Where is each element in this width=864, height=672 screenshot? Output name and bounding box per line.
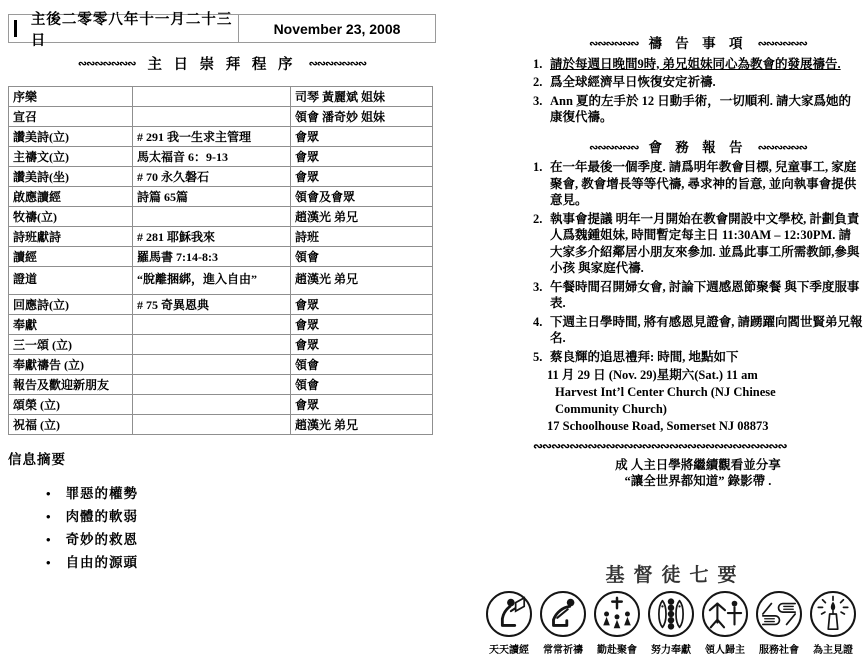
program-leader-cell: 詩班 [291, 227, 433, 247]
program-item-cell: 讚美詩(立) [9, 127, 133, 147]
seven-essential-label: 努力奉獻 [651, 641, 691, 656]
program-leader-cell: 會眾 [291, 127, 433, 147]
program-detail-cell: 詩篇 65篇 [133, 187, 291, 207]
reading-bible-icon [486, 591, 532, 637]
report-item-text: 蔡良輝的追思禮拜: 時間, 地點如下 [550, 349, 863, 366]
program-leader-cell: 領會 [291, 247, 433, 267]
item-number: 5. [533, 349, 550, 366]
ornament-left: ∾∾∾∾∾∾ [589, 140, 638, 157]
report-item: 1. 在一年最後一個季度. 請爲明年教會目標, 兒童事工, 家庭聚會, 教會增長… [533, 159, 863, 209]
prayer-item: 2. 爲全球經濟早日恢復安定祈禱. [533, 74, 863, 91]
affairs-section-header: ∾∾∾∾∾∾ 會 務 報 告 ∾∾∾∾∾∾ [533, 140, 863, 157]
memorial-address-line: 17 Schoolhouse Road, Somerset NJ 08873 [547, 418, 863, 435]
lead-to-christ-icon [702, 591, 748, 637]
report-item-text: 下週主日學時間, 將有感恩見證會, 請踴躍向閻世賢弟兄報名. [550, 314, 863, 347]
summary-heading: 信息摘要 [8, 448, 436, 468]
seven-essential-item: 常常祈禱 [536, 591, 590, 656]
meeting-cross-icon [594, 591, 640, 637]
report-item-text: 執事會提議 明年一月開始在教會開設中文學校, 計劃負責人爲魏鍾姐妹, 時間暫定每… [550, 211, 863, 277]
program-leader-cell: 會眾 [291, 315, 433, 335]
program-row: 主禱文(立)馬太福音 6：9-13會眾 [9, 147, 433, 167]
program-leader-cell: 領會 潘奇妙 姐妹 [291, 107, 433, 127]
seven-essential-label: 常常祈禱 [543, 641, 583, 656]
program-row: 奉獻會眾 [9, 315, 433, 335]
border-mark [14, 20, 17, 37]
prayer-item: 1. 請於每週日晚間9時, 弟兄姐妹同心為教會的發展禱告. [533, 56, 863, 73]
program-detail-cell: 羅馬書 7:14-8:3 [133, 247, 291, 267]
program-detail-cell [133, 335, 291, 355]
program-leader-cell: 領會及會眾 [291, 187, 433, 207]
program-leader-cell: 領會 [291, 375, 433, 395]
left-column: 主後二零零八年十一月二十三日 November 23, 2008 ∾∾∾∾∾∾∾… [8, 14, 436, 574]
chinese-date: 主後二零零八年十一月二十三日 [31, 8, 238, 50]
item-number: 1. [533, 159, 550, 209]
item-number: 4. [533, 314, 550, 347]
program-detail-cell [133, 207, 291, 227]
seven-essentials-icons-row: 天天讀經 常常祈禱 [478, 591, 864, 656]
program-detail-cell [133, 375, 291, 395]
program-item-cell: 報告及歡迎新朋友 [9, 375, 133, 395]
program-row: 頌榮 (立)會眾 [9, 395, 433, 415]
report-item: 5. 蔡良輝的追思禮拜: 時間, 地點如下 [533, 349, 863, 366]
program-item-cell: 宣召 [9, 107, 133, 127]
seven-essential-label: 領人歸主 [705, 641, 745, 656]
ornament-right: ∾∾∾∾∾∾ [758, 36, 807, 53]
ornament-left: ∾∾∾∾∾∾∾ [78, 58, 136, 70]
program-leader-cell: 司琴 黃麗斌 姐妹 [291, 87, 433, 107]
program-detail-cell [133, 315, 291, 335]
seven-essential-item: 為主見證 [806, 591, 860, 656]
program-row: 報告及歡迎新朋友領會 [9, 375, 433, 395]
program-leader-cell: 會眾 [291, 167, 433, 187]
seven-essential-item: 服務社會 [752, 591, 806, 656]
ornament-divider: ∾∾∾∾∾∾∾∾∾∾∾∾∾∾∾∾∾∾∾∾∾∾∾∾∾∾∾∾ [533, 438, 863, 455]
prayer-item-text: Ann 夏的左手於 12 日動手術，一切順利. 請大家爲她的康復代禱。 [550, 93, 863, 126]
program-row: 證道“脫離捆綁，進入自由”趙漢光 弟兄 [9, 267, 433, 295]
program-title: 主 日 崇 拜 程 序 [147, 57, 296, 73]
program-row: 牧禱(立)趙漢光 弟兄 [9, 207, 433, 227]
prayer-item-text: 爲全球經濟早日恢復安定祈禱. [550, 74, 863, 91]
item-number: 3. [533, 93, 550, 126]
item-number: 3. [533, 279, 550, 312]
memorial-date-line: 11 月 29 日 (Nov. 29)星期六(Sat.) 11 am [547, 367, 863, 384]
prayer-section-header: ∾∾∾∾∾∾ 禱 告 事 項 ∾∾∾∾∾∾ [533, 36, 863, 53]
prayer-item: 3. Ann 夏的左手於 12 日動手術，一切順利. 請大家爲她的康復代禱。 [533, 93, 863, 126]
summary-bullet: 奇妙的救恩 [46, 528, 436, 551]
program-row: 奉獻禱告 (立)領會 [9, 355, 433, 375]
seven-essential-label: 天天讀經 [489, 641, 529, 656]
seven-essentials-title: 基督徒七要 [478, 560, 864, 587]
program-item-cell: 序樂 [9, 87, 133, 107]
summary-bullet: 自由的源頭 [46, 551, 436, 574]
item-number: 2. [533, 211, 550, 277]
program-detail-cell: “脫離捆綁，進入自由” [133, 267, 291, 295]
program-detail-cell [133, 355, 291, 375]
report-item: 4. 下週主日學時間, 將有感恩見證會, 請踴躍向閻世賢弟兄報名. [533, 314, 863, 347]
program-row: 回應詩(立)# 75 奇異恩典會眾 [9, 295, 433, 315]
program-row: 詩班獻詩# 281 耶穌我來詩班 [9, 227, 433, 247]
message-summary: 信息摘要 罪惡的權勢 肉體的軟弱 奇妙的救恩 自由的源頭 [8, 448, 436, 574]
church-bulletin-page: 主後二零零八年十一月二十三日 November 23, 2008 ∾∾∾∾∾∾∾… [0, 0, 864, 672]
program-leader-cell: 會眾 [291, 295, 433, 315]
program-detail-cell [133, 415, 291, 435]
program-detail-cell: # 291 我一生求主管理 [133, 127, 291, 147]
program-item-cell: 啟應讀經 [9, 187, 133, 207]
program-row: 讚美詩(立)# 291 我一生求主管理會眾 [9, 127, 433, 147]
candle-witness-icon [810, 591, 856, 637]
ornament-right: ∾∾∾∾∾∾∾ [309, 58, 367, 70]
program-item-cell: 頌榮 (立) [9, 395, 133, 415]
seven-essentials-block: 基督徒七要 天天讀經 [478, 560, 864, 656]
program-leader-cell: 趙漢光 弟兄 [291, 267, 433, 295]
program-row: 祝福 (立)趙漢光 弟兄 [9, 415, 433, 435]
program-title-line: ∾∾∾∾∾∾∾ 主 日 崇 拜 程 序 ∾∾∾∾∾∾∾ [8, 53, 436, 74]
seven-essential-label: 為主見證 [813, 641, 853, 656]
memorial-church-line: Harvest Int’l Center Church (NJ Chinese [547, 384, 863, 401]
program-detail-cell: # 75 奇異恩典 [133, 295, 291, 315]
program-leader-cell: 領會 [291, 355, 433, 375]
program-item-cell: 主禱文(立) [9, 147, 133, 167]
program-leader-cell: 趙漢光 弟兄 [291, 415, 433, 435]
program-item-cell: 祝福 (立) [9, 415, 133, 435]
program-item-cell: 奉獻禱告 (立) [9, 355, 133, 375]
praying-icon [540, 591, 586, 637]
item-number: 2. [533, 74, 550, 91]
seven-essential-item: 領人歸主 [698, 591, 752, 656]
program-item-cell: 詩班獻詩 [9, 227, 133, 247]
program-detail-cell: 馬太福音 6：9-13 [133, 147, 291, 167]
seven-essential-item: 努力奉獻 [644, 591, 698, 656]
program-row: 讚美詩(坐)# 70 永久磐石會眾 [9, 167, 433, 187]
seven-essential-label: 服務社會 [759, 641, 799, 656]
program-row: 序樂司琴 黃麗斌 姐妹 [9, 87, 433, 107]
program-item-cell: 讀經 [9, 247, 133, 267]
program-row: 宣召領會 潘奇妙 姐妹 [9, 107, 433, 127]
program-item-cell: 讚美詩(坐) [9, 167, 133, 187]
program-item-cell: 牧禱(立) [9, 207, 133, 227]
program-detail-cell: # 70 永久磐石 [133, 167, 291, 187]
summary-bullet: 肉體的軟弱 [46, 505, 436, 528]
program-item-cell: 證道 [9, 267, 133, 295]
program-item-cell: 回應詩(立) [9, 295, 133, 315]
prayer-item-text: 請於每週日晚間9時, 弟兄姐妹同心為教會的發展禱告. [550, 56, 863, 73]
ornament-left: ∾∾∾∾∾∾ [589, 36, 638, 53]
worship-program-table: 序樂司琴 黃麗斌 姐妹 宣召領會 潘奇妙 姐妹 讚美詩(立)# 291 我一生求… [8, 86, 433, 435]
program-leader-cell: 會眾 [291, 395, 433, 415]
seven-essential-item: 天天讀經 [482, 591, 536, 656]
english-date: November 23, 2008 [239, 21, 435, 37]
report-item: 2. 執事會提議 明年一月開始在教會開設中文學校, 計劃負責人爲魏鍾姐妹, 時間… [533, 211, 863, 277]
seven-essential-label: 勤赴聚會 [597, 641, 637, 656]
program-detail-cell [133, 87, 291, 107]
program-detail-cell: # 281 耶穌我來 [133, 227, 291, 247]
program-row: 啟應讀經詩篇 65篇領會及會眾 [9, 187, 433, 207]
memorial-church-line2: Community Church) [547, 401, 863, 418]
program-row: 三一頌 (立)會眾 [9, 335, 433, 355]
prayer-section-title: 禱 告 事 項 [648, 36, 747, 53]
program-item-cell: 三一頌 (立) [9, 335, 133, 355]
program-leader-cell: 趙漢光 弟兄 [291, 207, 433, 227]
program-item-cell: 奉獻 [9, 315, 133, 335]
report-item-text: 午餐時間召開婦女會, 討論下週感恩節聚餐 與下季度服事表. [550, 279, 863, 312]
program-leader-cell: 會眾 [291, 335, 433, 355]
program-row: 讀經羅馬書 7:14-8:3領會 [9, 247, 433, 267]
offering-fish-coins-icon [648, 591, 694, 637]
summary-bullet: 罪惡的權勢 [46, 482, 436, 505]
summary-list: 罪惡的權勢 肉體的軟弱 奇妙的救恩 自由的源頭 [46, 482, 436, 574]
item-number: 1. [533, 56, 550, 73]
serving-hands-icon [756, 591, 802, 637]
adult-sunday-school-note: 成 人主日學將繼續觀看並分享 [533, 457, 863, 474]
affairs-section-title: 會 務 報 告 [648, 140, 747, 157]
program-leader-cell: 會眾 [291, 147, 433, 167]
ornament-right: ∾∾∾∾∾∾ [758, 140, 807, 157]
program-detail-cell [133, 395, 291, 415]
date-box: 主後二零零八年十一月二十三日 November 23, 2008 [8, 14, 436, 43]
video-title-note: “讓全世界都知道” 錄影帶 . [533, 473, 863, 490]
program-detail-cell [133, 107, 291, 127]
memorial-service-details: 11 月 29 日 (Nov. 29)星期六(Sat.) 11 am Harve… [533, 367, 863, 435]
right-column: ∾∾∾∾∾∾ 禱 告 事 項 ∾∾∾∾∾∾ 1. 請於每週日晚間9時, 弟兄姐妹… [533, 36, 863, 490]
report-item-text: 在一年最後一個季度. 請爲明年教會目標, 兒童事工, 家庭聚會, 教會增長等等代… [550, 159, 863, 209]
report-item: 3. 午餐時間召開婦女會, 討論下週感恩節聚餐 與下季度服事表. [533, 279, 863, 312]
chinese-date-cell: 主後二零零八年十一月二十三日 [9, 15, 239, 42]
seven-essential-item: 勤赴聚會 [590, 591, 644, 656]
